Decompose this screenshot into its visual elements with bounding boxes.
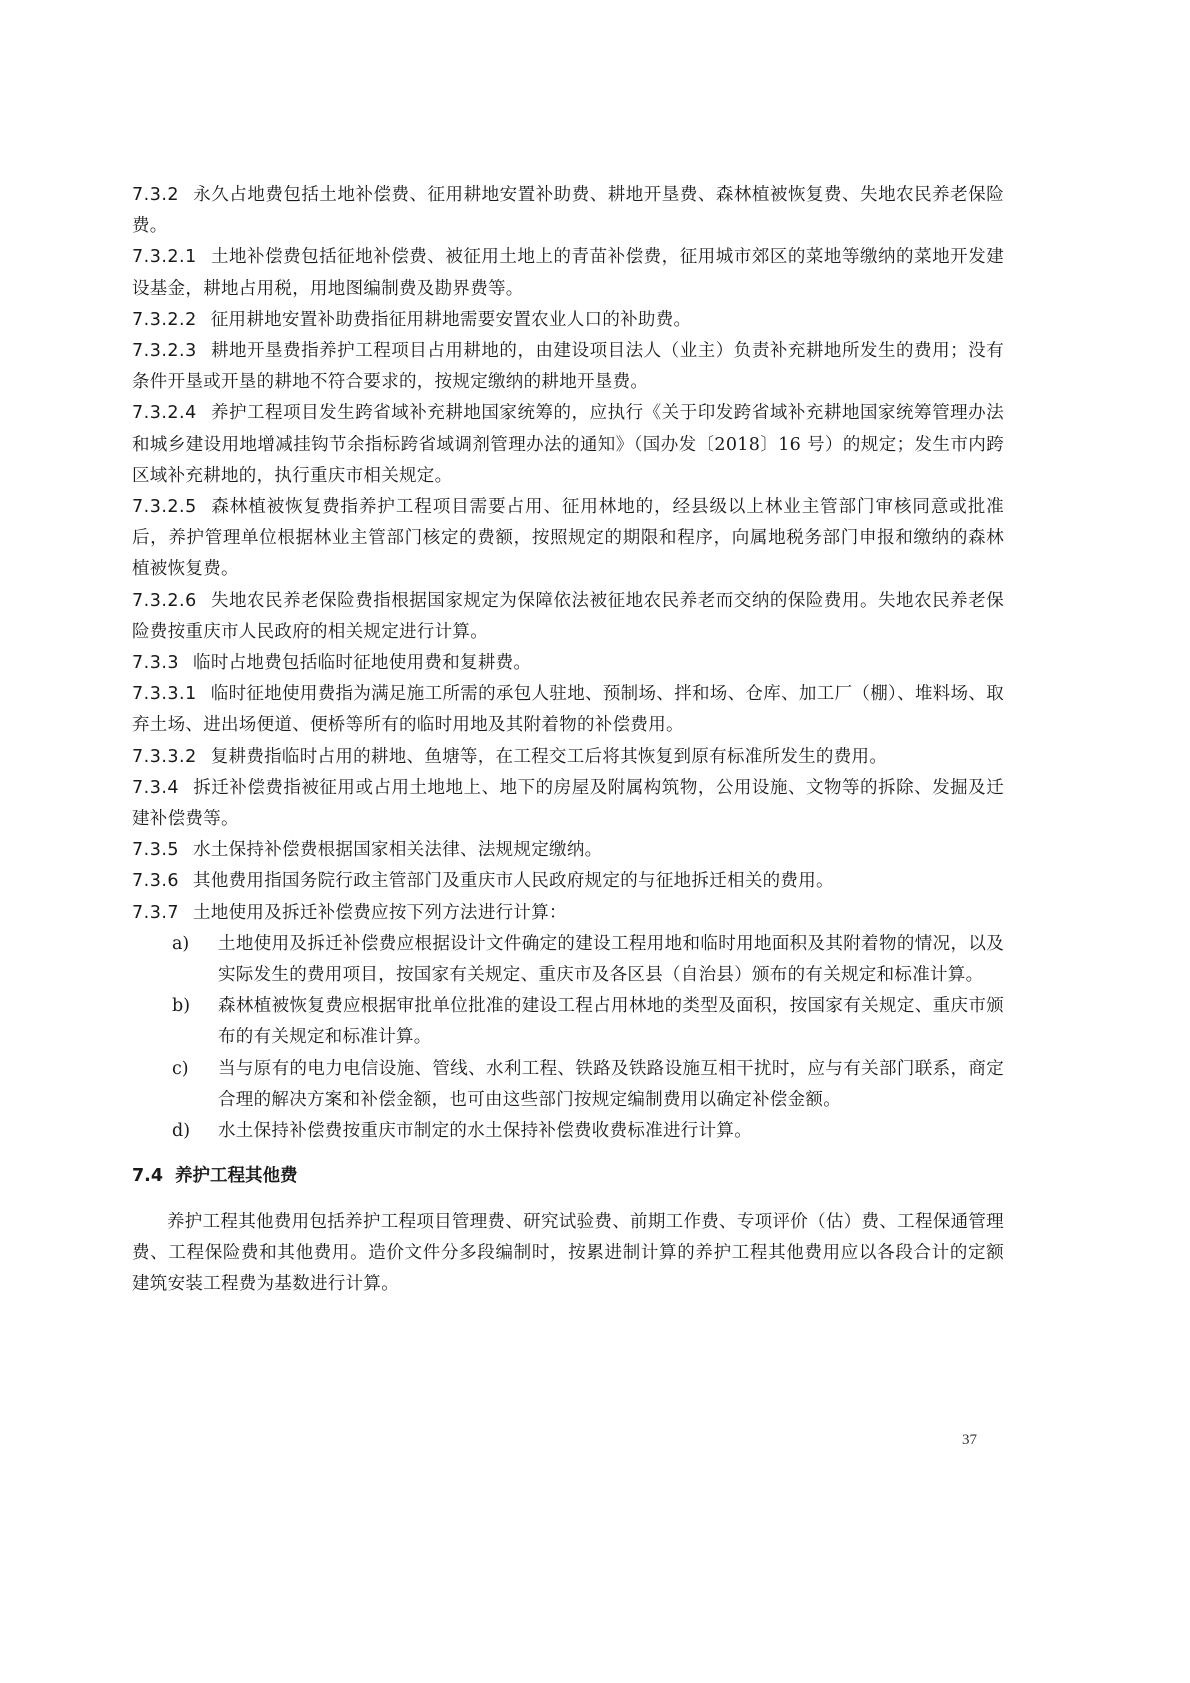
clause-7-3-2-6: 7.3.2.6失地农民养老保险费指根据国家规定为保障依法被征地农民养老而交纳的保…: [132, 586, 1004, 648]
clause-7-3-2: 7.3.2永久占地费包括土地补偿费、征用耕地安置补助费、耕地开垦费、森林植被恢复…: [132, 180, 1004, 242]
calculation-method-list: a)土地使用及拆迁补偿费应根据设计文件确定的建设工程用地和临时用地面积及其附着物…: [132, 929, 1004, 1147]
page-number: 37: [962, 1432, 977, 1449]
clause-text: 耕地开垦费指养护工程项目占用耕地的，由建设项目法人（业主）负责补充耕地所发生的费…: [132, 341, 1004, 392]
list-marker: d): [132, 1116, 218, 1147]
clause-text: 征用耕地安置补助费指征用耕地需要安置农业人口的补助费。: [211, 310, 692, 330]
list-text: 森林植被恢复费应根据审批单位批准的建设工程占用林地的类型及面积，按国家有关规定、…: [218, 991, 1004, 1053]
clause-number: 7.3.3.1: [132, 684, 197, 704]
clause-number: 7.3.2: [132, 185, 179, 205]
section-heading: 7.4养护工程其他费: [132, 1161, 1004, 1192]
list-text: 土地使用及拆迁补偿费应根据设计文件确定的建设工程用地和临时用地面积及其附着物的情…: [218, 929, 1004, 991]
clause-number: 7.3.2.1: [132, 247, 197, 267]
clause-7-3-5: 7.3.5水土保持补偿费根据国家相关法律、法规规定缴纳。: [132, 835, 1004, 866]
list-marker: b): [132, 991, 218, 1053]
clause-text: 永久占地费包括土地补偿费、征用耕地安置补助费、耕地开垦费、森林植被恢复费、失地农…: [132, 185, 1004, 236]
section-paragraph: 养护工程其他费用包括养护工程项目管理费、研究试验费、前期工作费、专项评价（估）费…: [132, 1207, 1004, 1301]
clause-7-3-6: 7.3.6其他费用指国务院行政主管部门及重庆市人民政府规定的与征地拆迁相关的费用…: [132, 866, 1004, 897]
document-page: 7.3.2永久占地费包括土地补偿费、征用耕地安置补助费、耕地开垦费、森林植被恢复…: [132, 180, 1004, 1300]
clause-7-3-2-2: 7.3.2.2征用耕地安置补助费指征用耕地需要安置农业人口的补助费。: [132, 305, 1004, 336]
clause-text: 临时征地使用费指为满足施工所需的承包人驻地、预制场、拌和场、仓库、加工厂（棚）、…: [132, 684, 1004, 735]
list-text: 水土保持补偿费按重庆市制定的水土保持补偿费收费标准进行计算。: [218, 1116, 1004, 1147]
clause-number: 7.3.5: [132, 840, 179, 860]
clause-text: 拆迁补偿费指被征用或占用土地地上、地下的房屋及附属构筑物，公用设施、文物等的拆除…: [132, 778, 1004, 829]
clause-text: 其他费用指国务院行政主管部门及重庆市人民政府规定的与征地拆迁相关的费用。: [193, 871, 834, 891]
clause-7-3-2-3: 7.3.2.3耕地开垦费指养护工程项目占用耕地的，由建设项目法人（业主）负责补充…: [132, 336, 1004, 398]
clause-text: 临时占地费包括临时征地使用费和复耕费。: [193, 653, 531, 673]
clause-number: 7.3.7: [132, 903, 179, 923]
list-text: 当与原有的电力电信设施、管线、水利工程、铁路及铁路设施互相干扰时，应与有关部门联…: [218, 1054, 1004, 1116]
clause-number: 7.3.2.6: [132, 591, 197, 611]
clause-number: 7.3.3: [132, 653, 179, 673]
section-title: 养护工程其他费: [175, 1166, 298, 1186]
clause-7-3-3-2: 7.3.3.2复耕费指临时占用的耕地、鱼塘等，在工程交工后将其恢复到原有标准所发…: [132, 742, 1004, 773]
clause-7-3-4: 7.3.4拆迁补偿费指被征用或占用土地地上、地下的房屋及附属构筑物，公用设施、文…: [132, 773, 1004, 835]
clause-number: 7.3.2.2: [132, 310, 197, 330]
clause-number: 7.3.2.4: [132, 403, 197, 423]
clause-list: 7.3.2永久占地费包括土地补偿费、征用耕地安置补助费、耕地开垦费、森林植被恢复…: [132, 180, 1004, 929]
clause-number: 7.3.6: [132, 871, 179, 891]
clause-7-3-2-5: 7.3.2.5森林植被恢复费指养护工程项目需要占用、征用林地的，经县级以上林业主…: [132, 492, 1004, 586]
list-marker: a): [132, 929, 218, 991]
clause-7-3-3: 7.3.3临时占地费包括临时征地使用费和复耕费。: [132, 648, 1004, 679]
clause-number: 7.3.2.3: [132, 341, 197, 361]
clause-text: 复耕费指临时占用的耕地、鱼塘等，在工程交工后将其恢复到原有标准所发生的费用。: [211, 747, 887, 767]
clause-text: 森林植被恢复费指养护工程项目需要占用、征用林地的，经县级以上林业主管部门审核同意…: [132, 497, 1004, 579]
clause-7-3-2-4: 7.3.2.4养护工程项目发生跨省域补充耕地国家统筹的，应执行《关于印发跨省域补…: [132, 398, 1004, 492]
section-number: 7.4: [132, 1166, 163, 1186]
clause-number: 7.3.2.5: [132, 497, 197, 517]
list-item-c: c)当与原有的电力电信设施、管线、水利工程、铁路及铁路设施互相干扰时，应与有关部…: [132, 1054, 1004, 1116]
clause-7-3-2-1: 7.3.2.1土地补偿费包括征地补偿费、被征用土地上的青苗补偿费，征用城市郊区的…: [132, 242, 1004, 304]
clause-7-3-3-1: 7.3.3.1临时征地使用费指为满足施工所需的承包人驻地、预制场、拌和场、仓库、…: [132, 679, 1004, 741]
clause-text: 养护工程项目发生跨省域补充耕地国家统筹的，应执行《关于印发跨省域补充耕地国家统筹…: [132, 403, 1004, 485]
clause-text: 水土保持补偿费根据国家相关法律、法规规定缴纳。: [193, 840, 602, 860]
clause-text: 土地补偿费包括征地补偿费、被征用土地上的青苗补偿费，征用城市郊区的菜地等缴纳的菜…: [132, 247, 1004, 298]
clause-text: 土地使用及拆迁补偿费应按下列方法进行计算：: [193, 903, 567, 923]
clause-number: 7.3.3.2: [132, 747, 197, 767]
clause-text: 失地农民养老保险费指根据国家规定为保障依法被征地农民养老而交纳的保险费用。失地农…: [132, 591, 1004, 642]
list-item-d: d)水土保持补偿费按重庆市制定的水土保持补偿费收费标准进行计算。: [132, 1116, 1004, 1147]
clause-7-3-7: 7.3.7土地使用及拆迁补偿费应按下列方法进行计算：: [132, 898, 1004, 929]
list-item-b: b)森林植被恢复费应根据审批单位批准的建设工程占用林地的类型及面积，按国家有关规…: [132, 991, 1004, 1053]
list-item-a: a)土地使用及拆迁补偿费应根据设计文件确定的建设工程用地和临时用地面积及其附着物…: [132, 929, 1004, 991]
list-marker: c): [132, 1054, 218, 1116]
clause-number: 7.3.4: [132, 778, 179, 798]
